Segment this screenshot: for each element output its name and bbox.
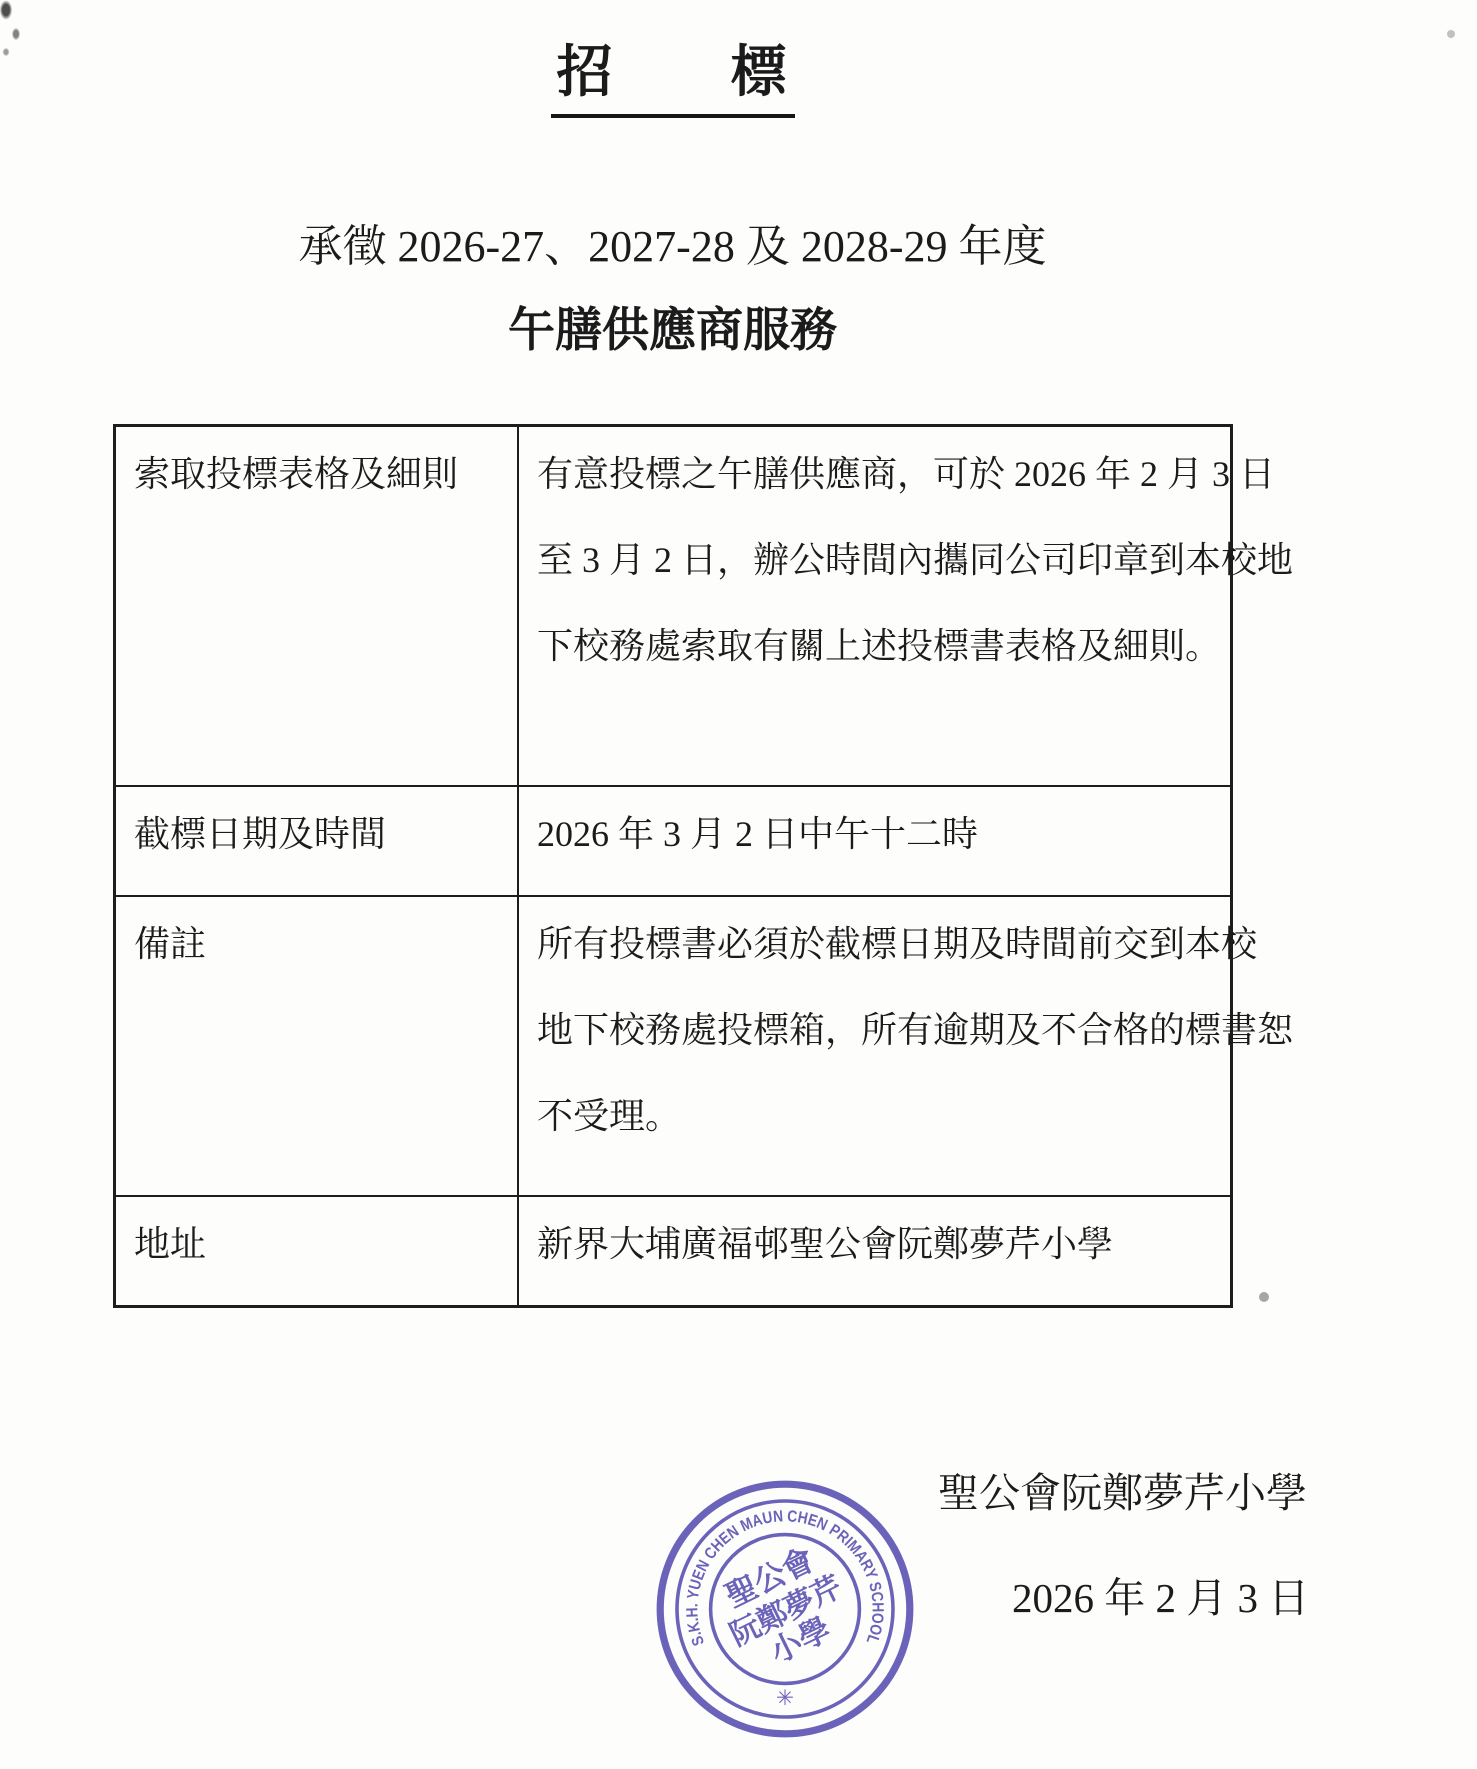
value-line: 有意投標之午膳供應商，可於 2026 年 2 月 3 日 [537, 449, 1214, 499]
table-row-deadline: 截標日期及時間 2026 年 3 月 2 日中午十二時 [115, 786, 1232, 896]
document-title-wrap: 招 標 [0, 28, 1345, 118]
row-label: 索取投標表格及細則 [115, 426, 519, 786]
value-line: 地下校務處投標箱，所有逾期及不合格的標書恕 [537, 1005, 1214, 1055]
scan-artifact-top-dot [1447, 30, 1455, 38]
value-line: 不受理。 [537, 1091, 1214, 1141]
stamp-star-icon: ✳ [776, 1686, 794, 1710]
value-line: 至 3 月 2 日，辦公時間內攜同公司印章到本校地 [537, 535, 1214, 585]
table-row-obtain-forms: 索取投標表格及細則 有意投標之午膳供應商，可於 2026 年 2 月 3 日 至… [115, 426, 1232, 786]
row-label: 截標日期及時間 [115, 786, 519, 896]
scanned-tender-notice-page: 招 標 承徵 2026-27、2027-28 及 2028-29 年度 午膳供應… [0, 0, 1477, 1769]
row-value: 有意投標之午膳供應商，可於 2026 年 2 月 3 日 至 3 月 2 日，辦… [518, 426, 1232, 786]
row-label: 備註 [115, 896, 519, 1196]
value-line: 所有投標書必須於截標日期及時間前交到本校 [537, 919, 1214, 969]
document-title: 招 標 [551, 28, 795, 118]
tender-details-table: 索取投標表格及細則 有意投標之午膳供應商，可於 2026 年 2 月 3 日 至… [113, 424, 1233, 1308]
row-label: 地址 [115, 1196, 519, 1307]
row-value: 2026 年 3 月 2 日中午十二時 [518, 786, 1232, 896]
subtitle-years: 承徵 2026-27、2027-28 及 2028-29 年度 [0, 210, 1345, 274]
table-row-remarks: 備註 所有投標書必須於截標日期及時間前交到本校 地下校務處投標箱，所有逾期及不合… [115, 896, 1232, 1196]
row-value: 新界大埔廣福邨聖公會阮鄭夢芹小學 [518, 1196, 1232, 1307]
table-row-address: 地址 新界大埔廣福邨聖公會阮鄭夢芹小學 [115, 1196, 1232, 1307]
scan-artifact-right-dot [1259, 1292, 1269, 1302]
signature-school-name: 聖公會阮鄭夢芹小學 [938, 1460, 1307, 1519]
value-line: 2026 年 3 月 2 日中午十二時 [537, 809, 1214, 859]
school-stamp-icon: S.K.H. YUEN CHEN MAUN CHEN PRIMARY SCHOO… [653, 1477, 917, 1741]
value-line: 下校務處索取有關上述投標書表格及細則。 [537, 621, 1214, 671]
row-value: 所有投標書必須於截標日期及時間前交到本校 地下校務處投標箱，所有逾期及不合格的標… [518, 896, 1232, 1196]
signature-date: 2026 年 2 月 3 日 [1012, 1565, 1309, 1624]
stamp-svg: S.K.H. YUEN CHEN MAUN CHEN PRIMARY SCHOO… [653, 1477, 917, 1741]
subtitle-service: 午膳供應商服務 [0, 293, 1345, 360]
value-line: 新界大埔廣福邨聖公會阮鄭夢芹小學 [537, 1219, 1214, 1269]
